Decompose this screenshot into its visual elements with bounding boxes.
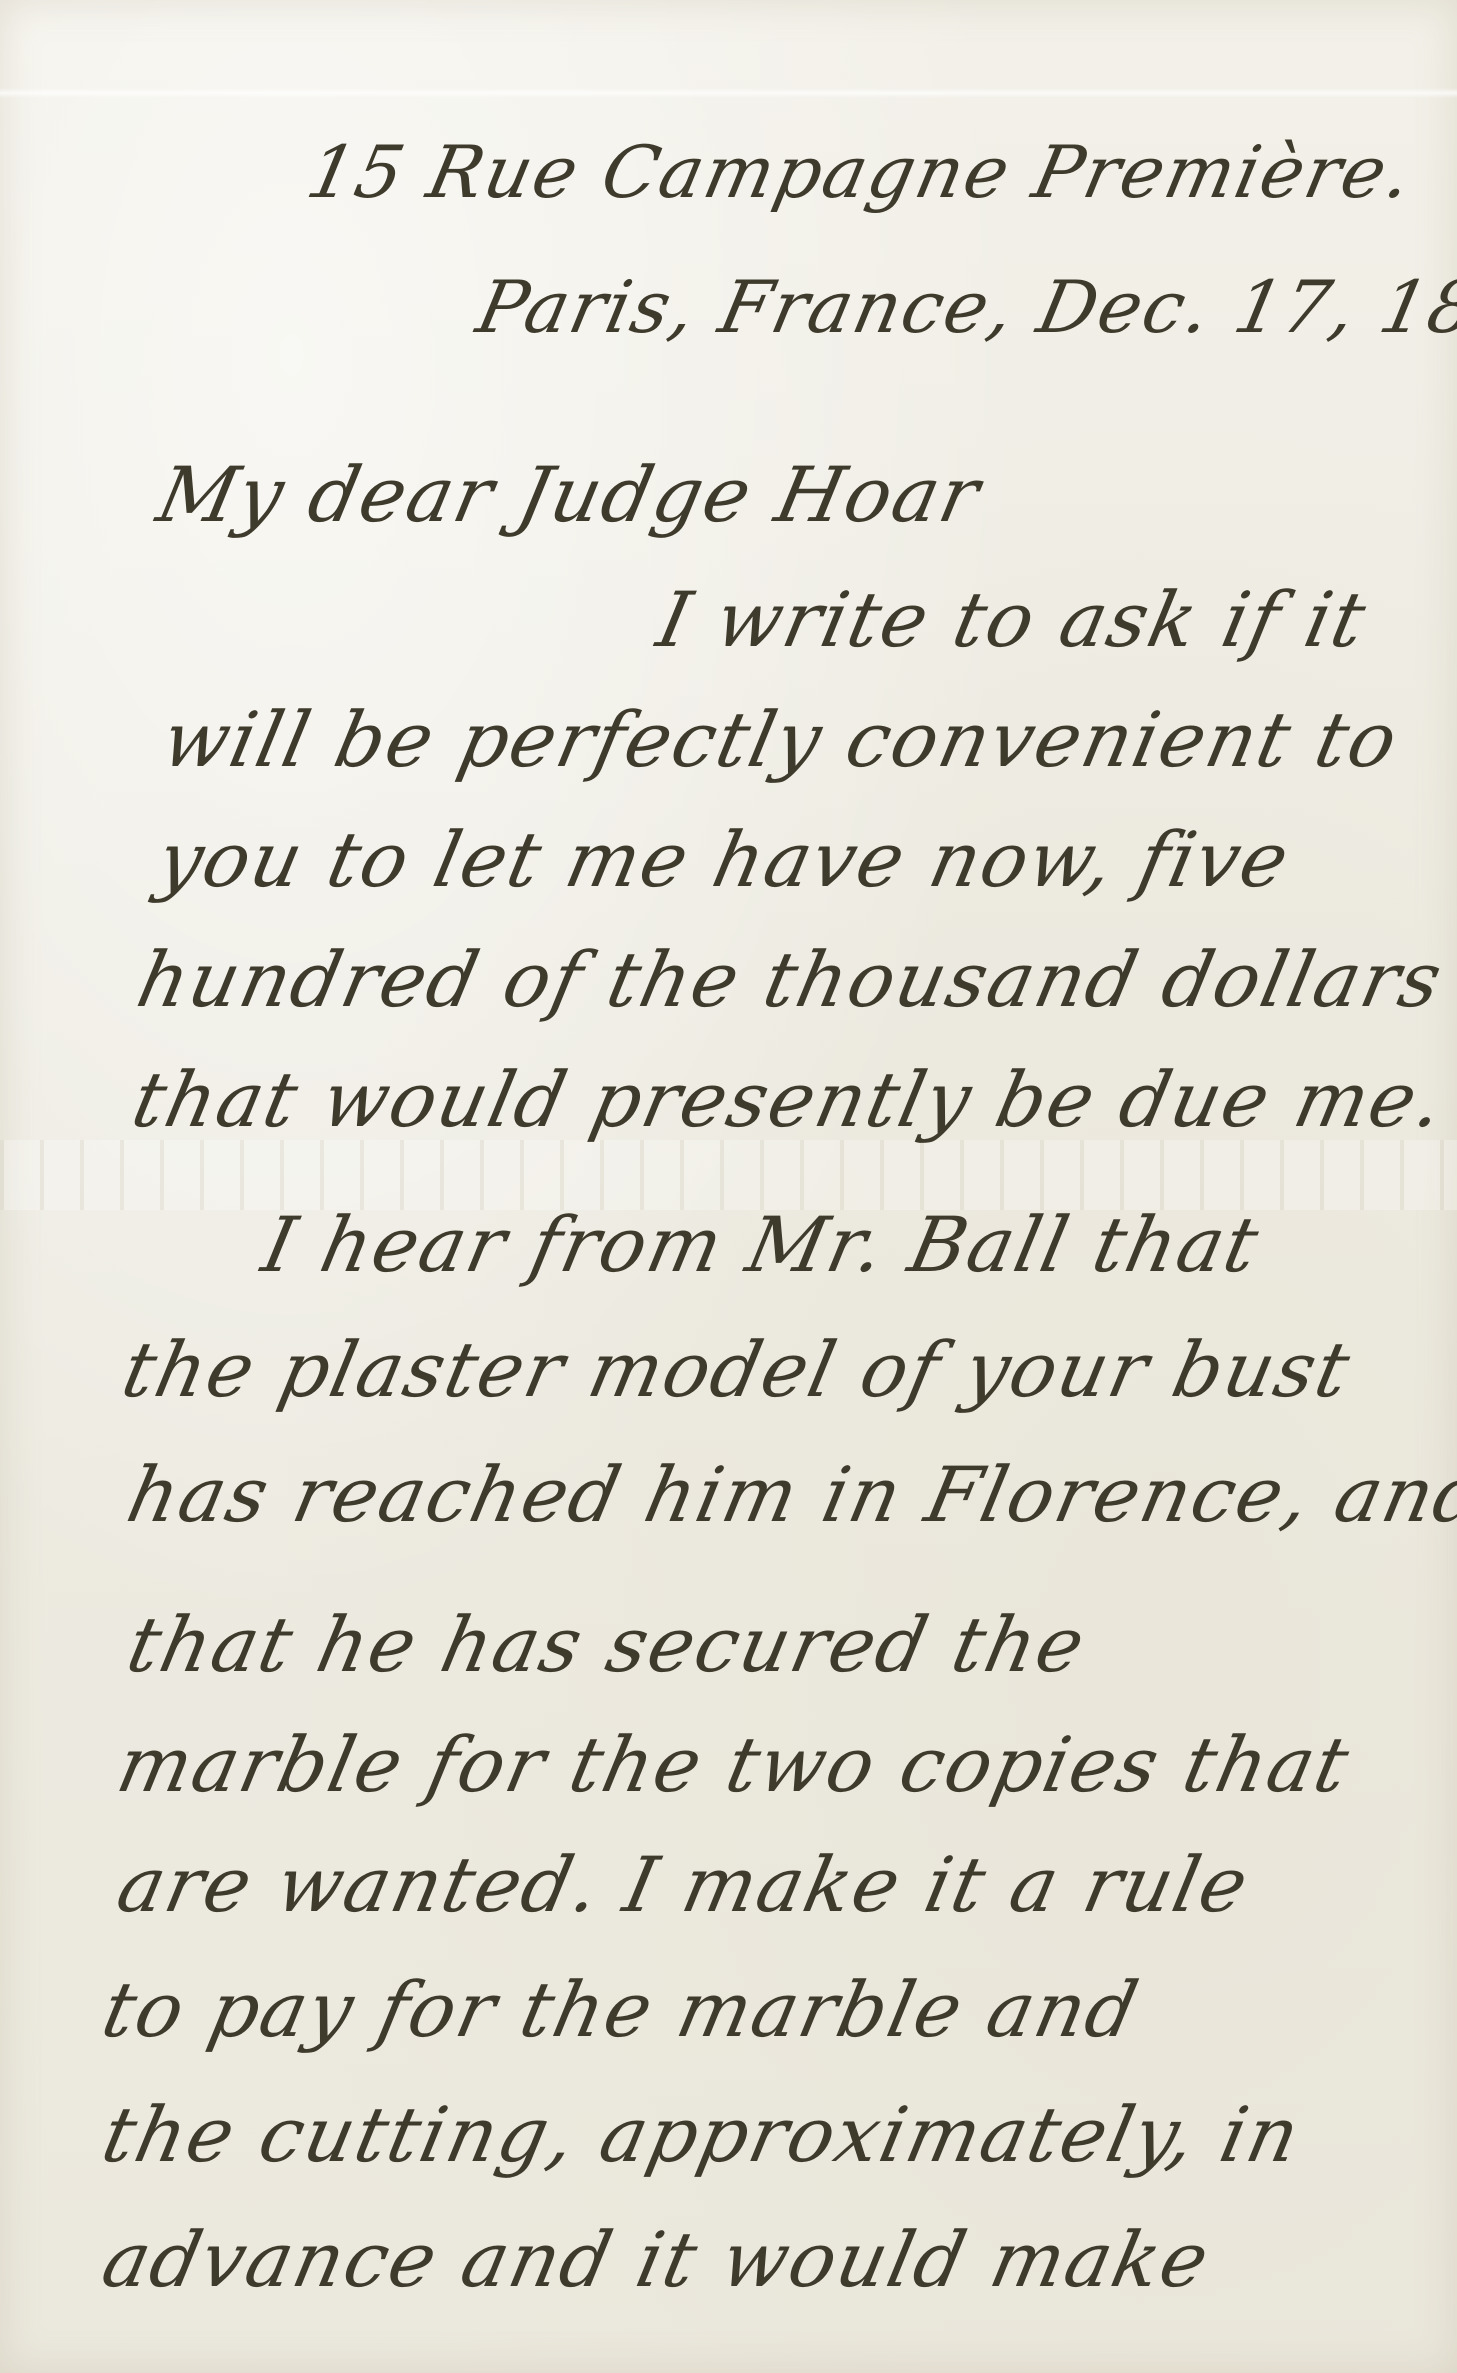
letter-line: will be perfectly convenient to	[155, 695, 1407, 784]
letter-line: are wanted. I make it a rule	[110, 1840, 1257, 1929]
letter-place-date: Paris, France, Dec. 17, 1886.	[470, 265, 1457, 349]
letter-line: hundred of the thousand dollars	[130, 935, 1451, 1024]
letter-page: 15 Rue Campagne Première. Paris, France,…	[0, 0, 1457, 2373]
letter-address: 15 Rue Campagne Première.	[300, 130, 1421, 214]
paper-fold	[0, 88, 1457, 98]
letter-line: that would presently be due me.	[125, 1055, 1453, 1144]
letter-line: to pay for the marble and	[95, 1965, 1147, 2054]
letter-line: has reached him in Florence, and	[120, 1450, 1457, 1539]
letter-line: the cutting, approximately, in	[95, 2090, 1309, 2179]
letter-line: I write to ask if it	[650, 575, 1375, 664]
letter-line: I hear from Mr. Ball that	[255, 1200, 1268, 1289]
letter-line: advance and it would make	[95, 2215, 1218, 2304]
letter-line: marble for the two copies that	[110, 1720, 1358, 1809]
letter-salutation: My dear Judge Hoar	[150, 450, 989, 539]
letter-line: you to let me have now, five	[150, 815, 1298, 904]
letter-line: the plaster model of your bust	[115, 1325, 1359, 1414]
letter-line: that he has secured the	[120, 1600, 1094, 1689]
